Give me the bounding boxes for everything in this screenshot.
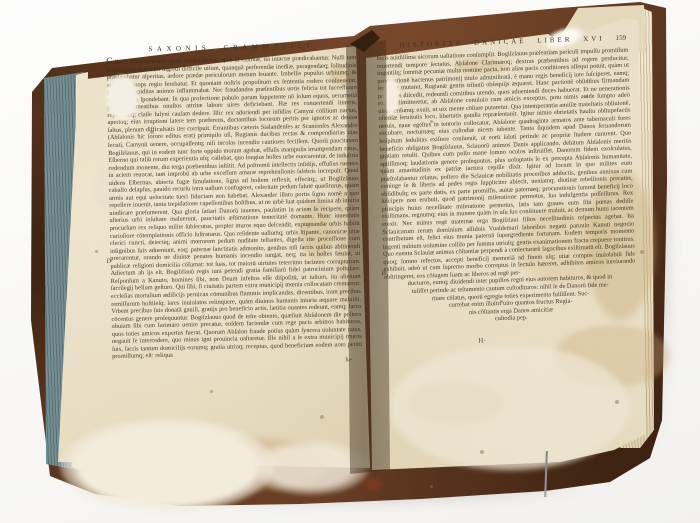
open-antique-book-photo: SAXONIS GRAMMATICI Cilatos Pomeranicarū …	[0, 0, 700, 523]
page-number: 159	[615, 34, 626, 42]
left-body-text: Cilatos Pomeranicarū opum fama ſolicitat…	[106, 54, 362, 361]
left-page-text: SAXONIS GRAMMATICI Cilatos Pomeranicarū …	[106, 41, 362, 368]
marginal-letter-d: D	[106, 258, 111, 265]
right-body-text: lucis auidiſſima uicorum uaſtatione conſ…	[376, 47, 635, 282]
right-page-text: HISTORIAE DANICAE LIBER XVI 159 lucis au…	[376, 34, 638, 348]
left-running-header: SAXONIS GRAMMATICI	[106, 41, 356, 54]
left-body: ilatos Pomeranicarū opum fama ſolicitat,…	[106, 54, 362, 360]
